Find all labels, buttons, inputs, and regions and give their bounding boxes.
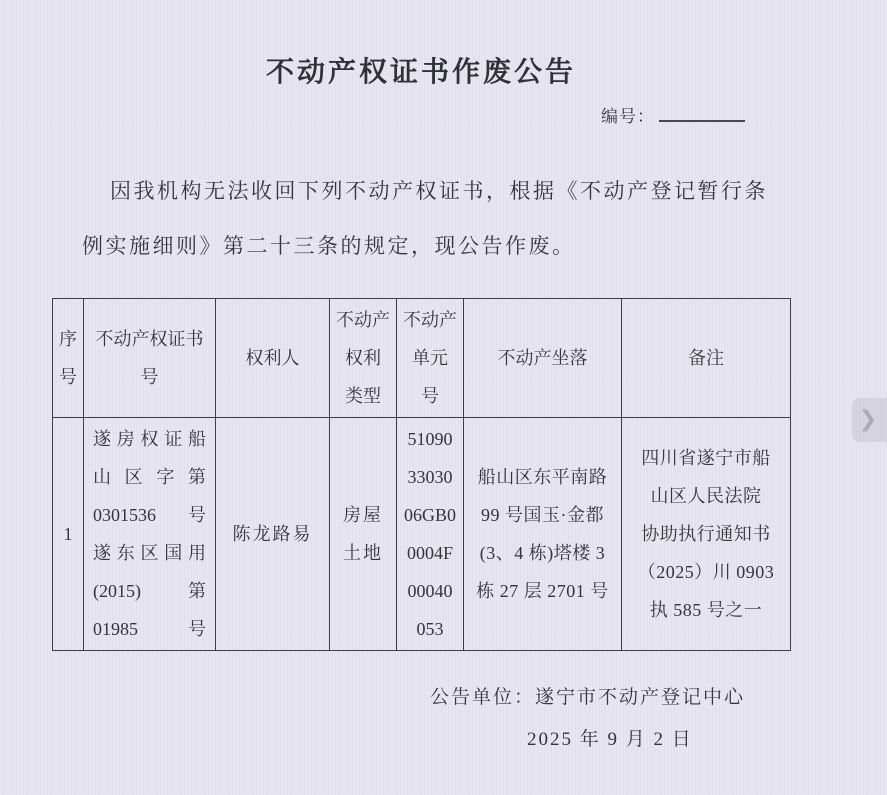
issuer-name: 遂宁市不动产登记中心 <box>535 687 745 708</box>
notice-body-line: 因我机构无法收回下列不动产权证书，根据《不动产登记暂行条 <box>82 164 794 219</box>
col-header-right-type: 不动产权利类型 <box>330 299 397 418</box>
col-header-seq: 序号 <box>53 299 84 418</box>
col-header-holder: 权利人 <box>216 299 330 418</box>
date-line: 2025 年 9 月 2 日 <box>527 724 693 751</box>
notice-page: 不动产权证书作废公告 编号： 因我机构无法收回下列不动产权证书，根据《不动产登记… <box>0 0 887 795</box>
issuer-line: 公告单位：遂宁市不动产登记中心 <box>430 682 745 709</box>
cell-remark: 四川省遂宁市船山区人民法院协助执行通知书（2025）川 0903执 585 号之… <box>622 418 791 651</box>
table-header-row: 序号 不动产权证书号 权利人 不动产权利类型 不动产单元号 不动产坐落 备注 <box>53 299 791 418</box>
notice-body: 因我机构无法收回下列不动产权证书，根据《不动产登记暂行条 例实施细则》第二十三条… <box>82 164 794 274</box>
serial-number-row: 编号： <box>52 102 745 127</box>
cell-holder: 陈龙路易 <box>216 418 330 651</box>
col-header-remark: 备注 <box>622 299 791 418</box>
serial-number-label: 编号： <box>601 107 655 126</box>
next-page-button[interactable]: ❯ <box>852 398 887 442</box>
cell-certificate-no: 遂房权证船山区字第0301536 号遂东区国用(2015) 第01985 号 <box>84 418 216 651</box>
page-title: 不动产权证书作废公告 <box>52 50 790 90</box>
cell-location: 船山区东平南路99 号国玉·金都(3、4 栋)塔楼 3栋 27 层 2701 号 <box>464 418 622 651</box>
notice-body-line: 例实施细则》第二十三条的规定，现公告作废。 <box>82 219 794 274</box>
cell-unit-no: 510903303006GB00004F00040053 <box>397 418 464 651</box>
cell-right-type: 房屋土地 <box>330 418 397 651</box>
table-row: 1 遂房权证船山区字第0301536 号遂东区国用(2015) 第01985 号… <box>53 418 791 651</box>
serial-number-blank-line <box>659 104 745 122</box>
chevron-right-icon: ❯ <box>859 409 877 431</box>
issuer-label: 公告单位： <box>430 687 535 708</box>
cell-seq: 1 <box>53 418 84 651</box>
col-header-certificate-no: 不动产权证书号 <box>84 299 216 418</box>
certificates-table: 序号 不动产权证书号 权利人 不动产权利类型 不动产单元号 不动产坐落 备注 1… <box>52 298 791 651</box>
col-header-location: 不动产坐落 <box>464 299 622 418</box>
col-header-unit-no: 不动产单元号 <box>397 299 464 418</box>
